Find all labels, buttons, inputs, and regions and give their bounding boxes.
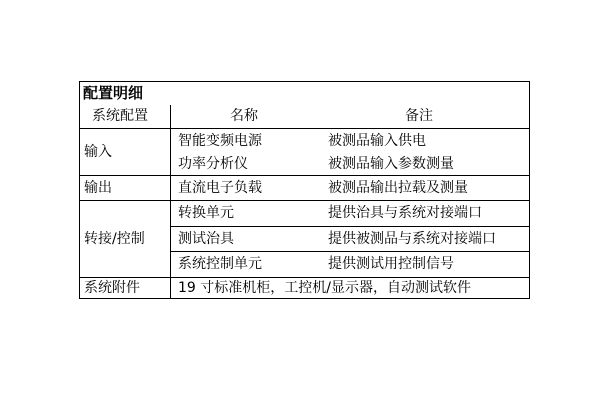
item-name: 直流电子负载 — [178, 179, 262, 197]
config-accessories: 系统附件 — [84, 279, 140, 297]
item-name: 系统控制单元 — [178, 255, 262, 273]
item-remark: 被测品输出拉载及测量 — [328, 179, 468, 197]
item-remark: 被测品输入供电 — [328, 132, 426, 150]
table-title: 配置明细 — [83, 84, 143, 102]
divider — [170, 226, 529, 227]
header-name: 名称 — [230, 107, 258, 125]
config-input: 输入 — [84, 143, 112, 161]
config-detail-table: 配置明细 系统配置 名称 备注 输入 智能变频电源 被测品输入供电 功率分析仪 … — [79, 81, 530, 299]
item-remark: 提供被测品与系统对接端口 — [328, 230, 496, 248]
item-remark: 提供治具与系统对接端口 — [328, 204, 482, 222]
config-adapter-control: 转接/控制 — [84, 230, 145, 248]
divider — [80, 277, 529, 278]
divider — [170, 251, 529, 252]
item-remark: 被测品输入参数测量 — [328, 155, 454, 173]
divider — [80, 200, 529, 201]
divider — [80, 128, 529, 129]
column-divider — [170, 105, 171, 298]
item-name: 转换单元 — [178, 204, 234, 222]
config-output: 输出 — [84, 179, 112, 197]
item-name: 功率分析仪 — [178, 155, 248, 173]
header-remark: 备注 — [405, 107, 433, 125]
divider — [80, 175, 529, 176]
accessories-description: 19 寸标准机柜，工控机/显示器，自动测试软件 — [178, 279, 471, 297]
item-name: 智能变频电源 — [178, 132, 262, 150]
item-name: 测试治具 — [178, 230, 234, 248]
header-config: 系统配置 — [92, 107, 148, 125]
item-remark: 提供测试用控制信号 — [328, 255, 454, 273]
